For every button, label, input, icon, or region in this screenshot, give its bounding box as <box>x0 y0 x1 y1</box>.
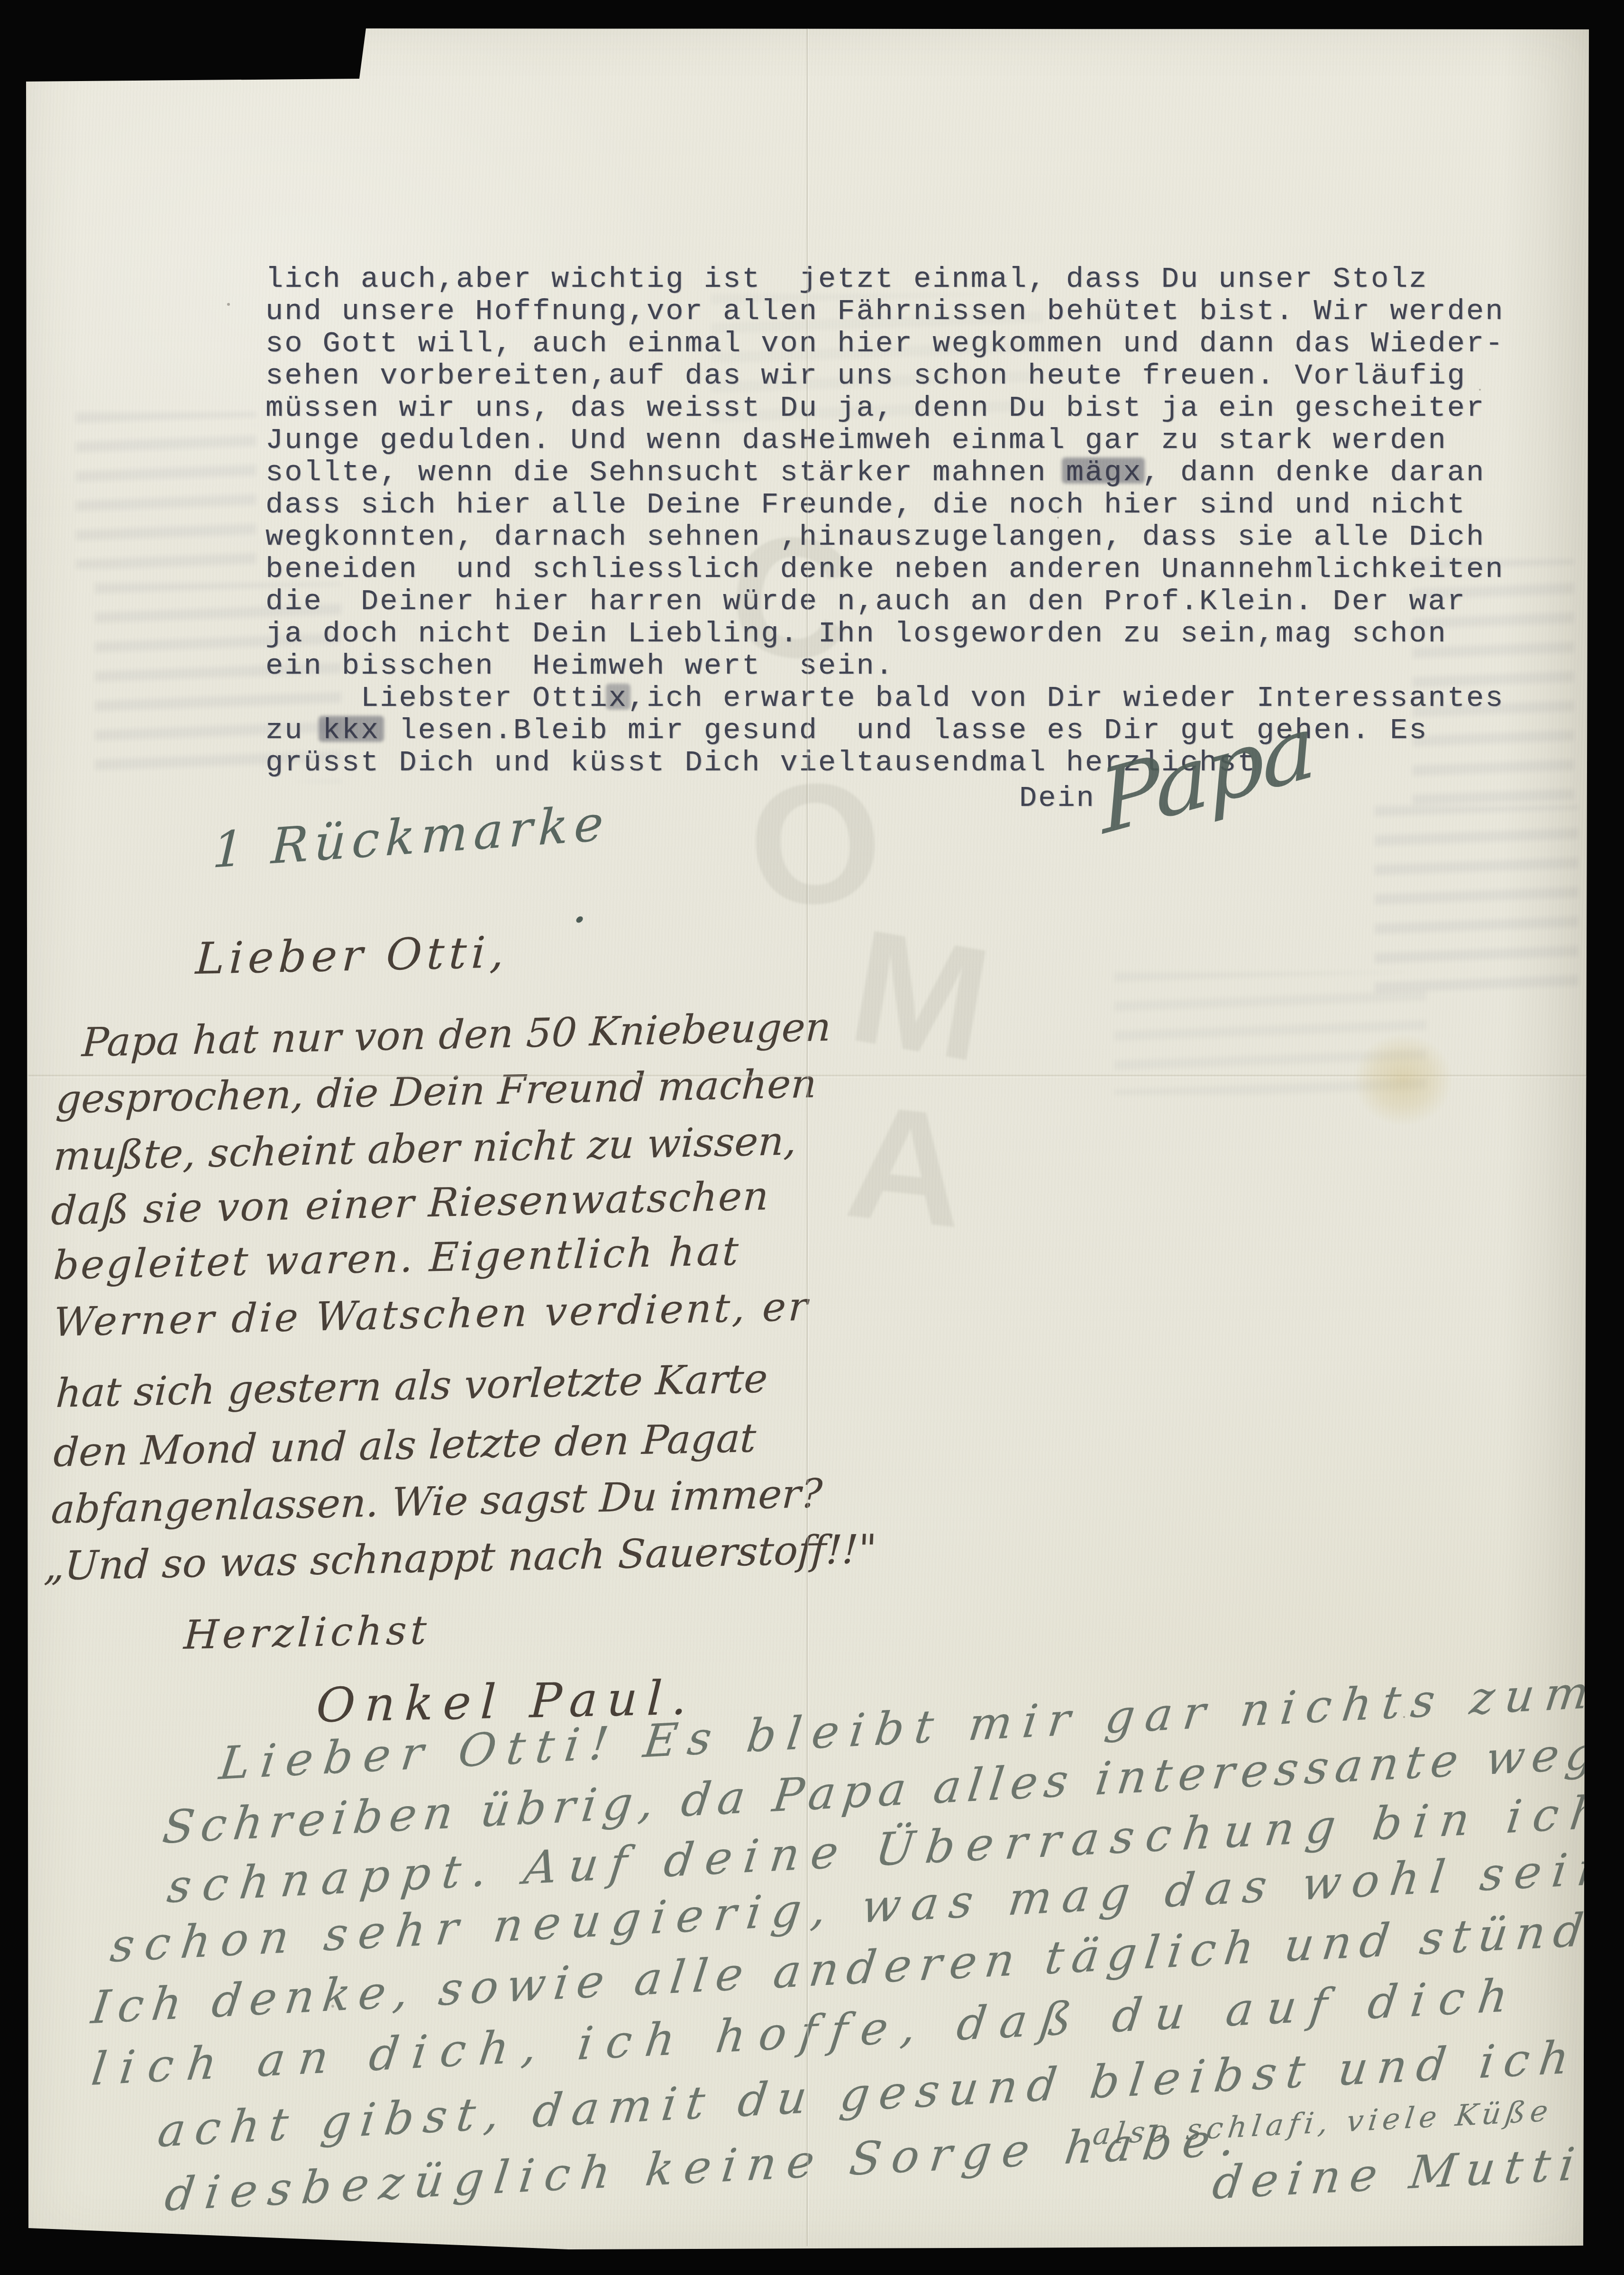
letter-paper: COMA lich auch,aber wichtig ist jetzt ei… <box>0 0 1624 2275</box>
paul-note-line: Herzlichst <box>183 1609 431 1656</box>
paul-note-line: Werner die Watschen verdient, er <box>53 1286 811 1343</box>
typed-paragraph: lich auch,aber wichtig ist jetzt einmal,… <box>265 263 1504 779</box>
paul-note-line: den Mond und als letzte den Pagat <box>53 1417 757 1473</box>
paul-note-line: Papa hat nur von den 50 Kniebeugen <box>81 1006 832 1063</box>
closing-dein: Dein <box>1019 781 1095 815</box>
typed-line: Junge gedulden. Und wenn dasHeimweh einm… <box>265 424 1504 457</box>
overstrike-kkx <box>319 716 384 742</box>
paul-note-line: Lieber Otti, <box>194 930 510 982</box>
paul-note-line: daß sie von einer Riesenwatschen <box>50 1175 771 1232</box>
paul-note-line: mußte, scheint aber nicht zu wissen, <box>53 1120 798 1177</box>
typed-line: ein bisschen Heimweh wert sein. <box>265 650 1504 682</box>
typed-line: und unsere Hoffnung,vor allen Fährnissen… <box>265 295 1504 328</box>
paul-note-line: abfangenlassen. Wie sagst Du immer? <box>50 1472 823 1530</box>
paul-note-line: hat sich gestern als vorletzte Karte <box>55 1358 769 1415</box>
paul-note-line: gesprochen, die Dein Freund machen <box>55 1062 818 1120</box>
rueckmarke-period: . <box>571 879 592 931</box>
typed-line: die Deiner hier harren würde n,auch an d… <box>265 585 1504 618</box>
typed-line: dass sich hier alle Deine Freunde, die n… <box>265 489 1504 521</box>
typed-line: wegkonnten, darnach sehnen ,hinauszugela… <box>265 521 1504 553</box>
ghost-letter: A <box>840 1080 973 1252</box>
typed-line: müssen wir uns, das weisst Du ja, denn D… <box>265 392 1504 424</box>
typed-line: ja doch nicht Dein Liebling. Ihn losgewo… <box>265 618 1504 650</box>
bleedthrough-text-ghost <box>76 412 256 569</box>
paul-note-line: begleitet waren. Eigentlich hat <box>53 1230 741 1286</box>
dust-speckles <box>0 0 2 2</box>
typed-line: sehen vorbereiten,auf das wir uns schon … <box>265 360 1504 392</box>
scan-background: COMA lich auch,aber wichtig ist jetzt ei… <box>0 0 1624 2275</box>
paul-note-line: „Und so was schnappt nach Sauerstoff!!" <box>43 1528 878 1587</box>
typed-line: Liebster Ottix,ich erwarte bald von Dir … <box>265 682 1504 714</box>
overstrike-maegx <box>1062 457 1145 484</box>
typed-line: lich auch,aber wichtig ist jetzt einmal,… <box>265 263 1504 295</box>
typed-line: so Gott will, auch einmal von hier wegko… <box>265 328 1504 360</box>
typed-line: zu kkx lesen.Bleib mir gesund und lasse … <box>265 714 1504 747</box>
vertical-fold-line <box>806 27 809 2246</box>
ghost-letter: M <box>840 905 1001 1087</box>
scan-edge-shading <box>1503 28 1593 2247</box>
rueckmarke-annotation: 1 Rückmarke <box>211 797 610 877</box>
ghost-letter: O <box>743 754 887 934</box>
paper-stain <box>1353 1033 1453 1126</box>
typed-line: beneiden und schliesslich denke neben an… <box>265 553 1504 585</box>
typed-line: grüsst Dich und küsst Dich vieltausendma… <box>265 747 1504 779</box>
typed-line: sollte, wenn die Sehnsucht stärker mahne… <box>265 457 1504 489</box>
overstrike-ottix <box>606 684 630 710</box>
